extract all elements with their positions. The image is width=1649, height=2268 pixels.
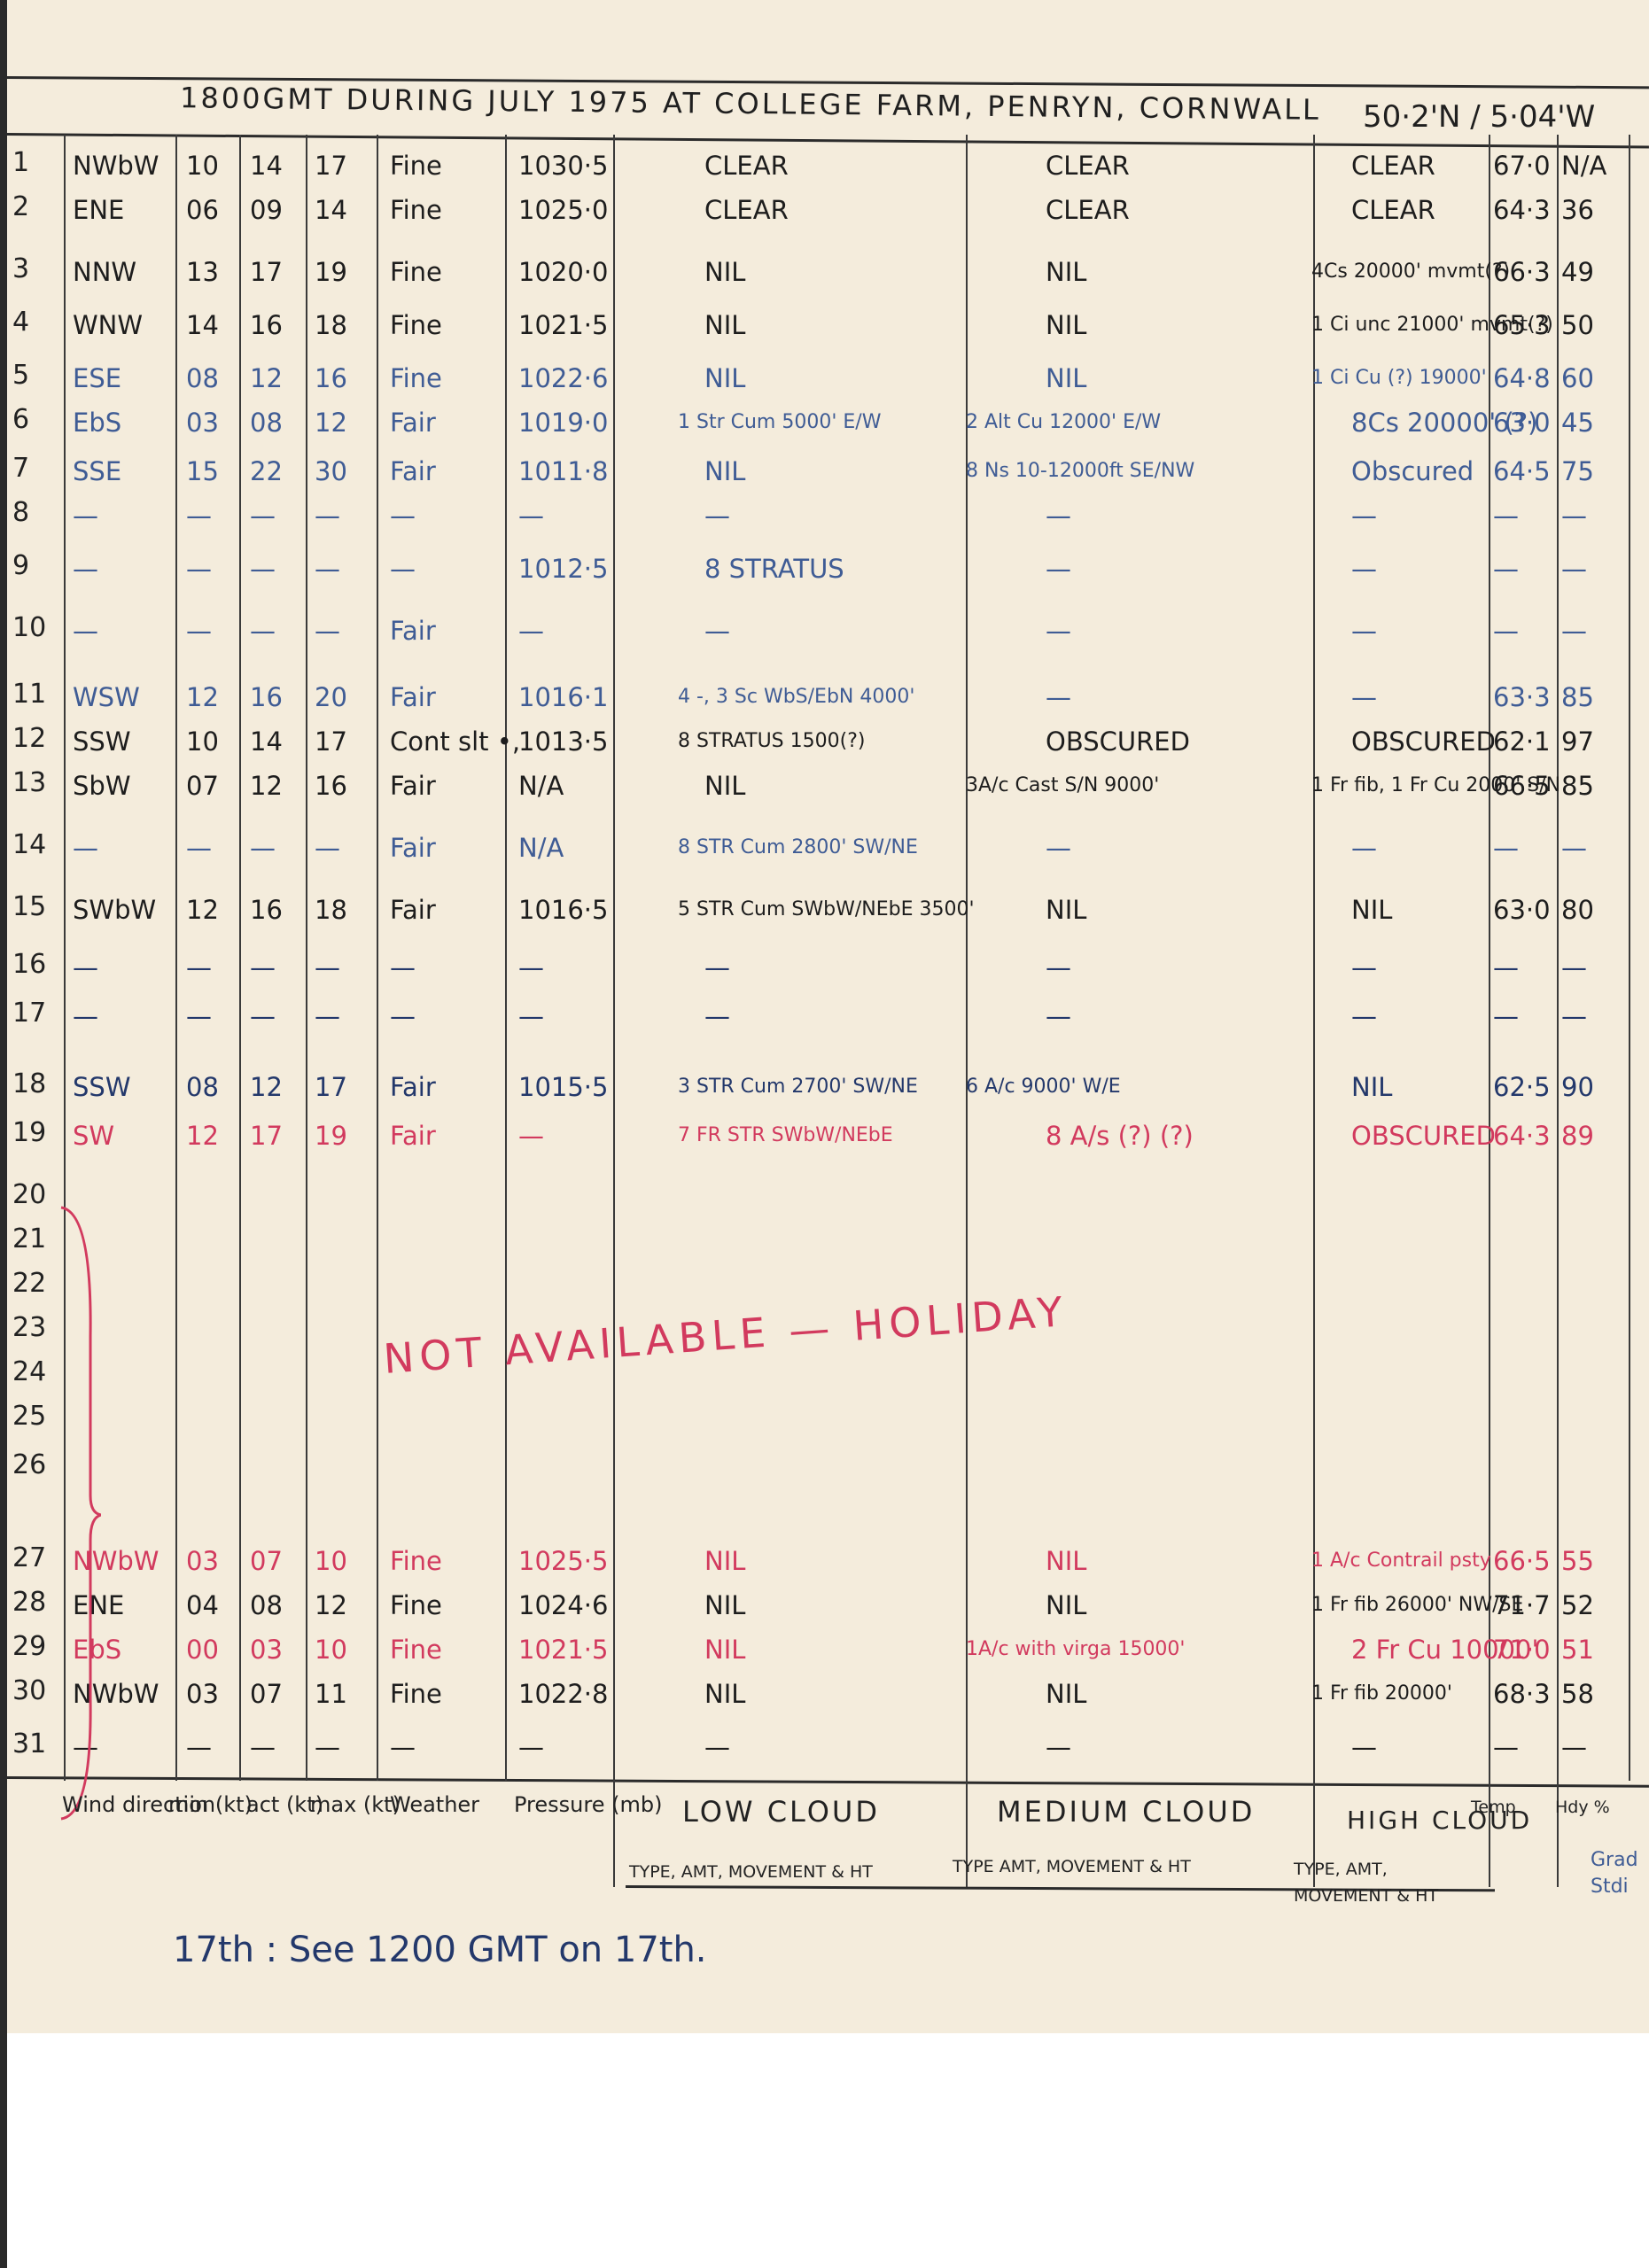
- cell-medium: —: [1046, 501, 1071, 531]
- cell-weather: Fair: [390, 1121, 436, 1151]
- cell-high: 1 Fr fib 20000': [1311, 1679, 1452, 1709]
- cell-weather: Fine: [390, 257, 442, 287]
- day-number: 18: [12, 1068, 46, 1099]
- cell-pressure: 1021·5: [518, 1635, 608, 1665]
- cell-high: Obscured: [1351, 456, 1474, 486]
- cell-high: —: [1351, 682, 1377, 712]
- day-number: 21: [12, 1223, 46, 1254]
- cell-wind: SWbW: [73, 895, 156, 925]
- cell-act: 08: [250, 408, 283, 438]
- cell-wind: SSE: [73, 456, 121, 486]
- cell-pressure: 1021·5: [518, 310, 608, 340]
- cell-hdy: N/A: [1561, 151, 1606, 181]
- cell-weather: Fine: [390, 1635, 442, 1665]
- cell-wind: SSW: [73, 1072, 131, 1102]
- day-number: 30: [12, 1675, 46, 1706]
- cell-act: 12: [250, 771, 283, 801]
- cell-max: 18: [315, 895, 347, 925]
- cell-act: 03: [250, 1635, 283, 1665]
- cell-temp: —: [1493, 833, 1519, 863]
- cell-min: 06: [186, 195, 219, 225]
- cell-max: 10: [315, 1635, 347, 1665]
- cell-medium: —: [1046, 554, 1071, 584]
- cell-temp: 66·3: [1493, 257, 1551, 287]
- cell-max: 17: [315, 726, 347, 757]
- cell-max: 17: [315, 151, 347, 181]
- cell-weather: Fine: [390, 1590, 442, 1620]
- cell-medium: 1A/c with virga 15000': [966, 1635, 1185, 1665]
- cell-pressure: 1012·5: [518, 554, 608, 584]
- cell-min: 03: [186, 1546, 219, 1576]
- day-number: 1: [12, 147, 29, 178]
- day-number: 2: [12, 191, 29, 222]
- cell-wind: —: [73, 1001, 98, 1031]
- column-rule: [1557, 135, 1559, 1781]
- cell-min: 03: [186, 408, 219, 438]
- cell-min: —: [186, 501, 212, 531]
- cell-low: NIL: [704, 1590, 745, 1620]
- cell-low: 8 STRATUS: [704, 554, 844, 584]
- day-number: 12: [12, 723, 46, 754]
- cell-weather: Fair: [390, 616, 436, 646]
- cell-act: 16: [250, 895, 283, 925]
- cell-medium: NIL: [1046, 310, 1086, 340]
- cell-low: 1 Str Cum 5000' E/W: [678, 408, 881, 438]
- cell-hdy: 55: [1561, 1546, 1594, 1576]
- cell-wind: WSW: [73, 682, 140, 712]
- cell-low: NIL: [704, 1635, 745, 1665]
- cell-max: —: [315, 833, 340, 863]
- cell-weather: —: [390, 1732, 416, 1762]
- cell-weather: Cont slt •,: [390, 726, 520, 757]
- cell-hdy: 58: [1561, 1679, 1594, 1709]
- cell-wind: SW: [73, 1121, 114, 1151]
- cell-act: 14: [250, 726, 283, 757]
- cell-max: —: [315, 952, 340, 983]
- cell-max: 12: [315, 408, 347, 438]
- cell-max: 14: [315, 195, 347, 225]
- footnote: 17th : See 1200 GMT on 17th.: [173, 1930, 707, 1970]
- cell-wind: SbW: [73, 771, 131, 801]
- cell-low: NIL: [704, 456, 745, 486]
- cell-act: —: [250, 952, 276, 983]
- day-number: 15: [12, 891, 46, 922]
- cell-wind: EbS: [73, 408, 121, 438]
- column-rule: [1489, 135, 1490, 1781]
- cell-wind: —: [73, 952, 98, 983]
- cell-act: 09: [250, 195, 283, 225]
- cell-pressure: 1022·8: [518, 1679, 608, 1709]
- day-number: 22: [12, 1268, 46, 1299]
- cell-weather: Fair: [390, 1072, 436, 1102]
- cell-min: —: [186, 616, 212, 646]
- cell-hdy: 50: [1561, 310, 1594, 340]
- cell-max: 30: [315, 456, 347, 486]
- cell-max: 16: [315, 771, 347, 801]
- cell-high: —: [1351, 833, 1377, 863]
- cell-temp: 64·8: [1493, 363, 1551, 393]
- cell-weather: Fine: [390, 1679, 442, 1709]
- cell-pressure: 1022·6: [518, 363, 608, 393]
- cell-hdy: —: [1561, 1001, 1587, 1031]
- cell-low: CLEAR: [704, 151, 789, 181]
- header-humidity: Hdy %: [1555, 1794, 1610, 1821]
- cell-medium: —: [1046, 1001, 1071, 1031]
- cell-pressure: —: [518, 501, 544, 531]
- cell-pressure: 1020·0: [518, 257, 608, 287]
- cell-pressure: 1016·5: [518, 895, 608, 925]
- cell-weather: Fine: [390, 310, 442, 340]
- cell-low: NIL: [704, 310, 745, 340]
- cell-low: 4 -, 3 Sc WbS/EbN 4000': [678, 682, 914, 712]
- cell-min: 03: [186, 1679, 219, 1709]
- cell-max: —: [315, 554, 340, 584]
- cell-max: 16: [315, 363, 347, 393]
- cell-min: 00: [186, 1635, 219, 1665]
- cell-act: —: [250, 1732, 276, 1762]
- cell-low: —: [704, 1001, 730, 1031]
- day-number: 4: [12, 307, 29, 338]
- cell-high: —: [1351, 501, 1377, 531]
- cell-min: 12: [186, 682, 219, 712]
- cell-medium: OBSCURED: [1046, 726, 1190, 757]
- header-low-cloud: LOW CLOUD: [682, 1798, 880, 1825]
- cell-act: —: [250, 501, 276, 531]
- cell-medium: —: [1046, 682, 1071, 712]
- cell-low: NIL: [704, 363, 745, 393]
- cell-low: 8 STRATUS 1500(?): [678, 726, 865, 757]
- cell-max: 20: [315, 682, 347, 712]
- cell-hdy: 52: [1561, 1590, 1594, 1620]
- cell-pressure: 1024·6: [518, 1590, 608, 1620]
- cell-temp: 63·0: [1493, 895, 1551, 925]
- cell-high: 1 A/c Contrail psty: [1311, 1546, 1491, 1576]
- cell-low: —: [704, 952, 730, 983]
- cell-hdy: 49: [1561, 257, 1594, 287]
- cell-temp: 63·3: [1493, 682, 1551, 712]
- cell-medium: NIL: [1046, 895, 1086, 925]
- cell-min: 04: [186, 1590, 219, 1620]
- cell-temp: 71·7: [1493, 1590, 1551, 1620]
- cell-high: —: [1351, 616, 1377, 646]
- cell-weather: Fine: [390, 151, 442, 181]
- cell-wind: SSW: [73, 726, 131, 757]
- cell-weather: —: [390, 554, 416, 584]
- header-weather: Weather: [390, 1791, 479, 1818]
- cell-wind: ENE: [73, 195, 124, 225]
- cell-high: OBSCURED: [1351, 1121, 1496, 1151]
- cell-hdy: 89: [1561, 1121, 1594, 1151]
- day-number: 13: [12, 767, 46, 798]
- day-number: 10: [12, 612, 46, 643]
- station-coordinates: 50·2'N / 5·04'W: [1363, 99, 1595, 135]
- column-rule: [505, 135, 507, 1781]
- header-medium-cloud-sub: TYPE AMT, MOVEMENT & HT: [953, 1853, 1191, 1880]
- cell-temp: 63·0: [1493, 408, 1551, 438]
- cell-medium: 8 A/s (?) (?): [1046, 1121, 1194, 1151]
- day-number: 27: [12, 1542, 46, 1573]
- cell-temp: 71·0: [1493, 1635, 1551, 1665]
- cell-max: 11: [315, 1679, 347, 1709]
- cell-weather: Fair: [390, 408, 436, 438]
- cell-max: —: [315, 1001, 340, 1031]
- cell-pressure: N/A: [518, 833, 564, 863]
- cell-act: —: [250, 833, 276, 863]
- cell-pressure: 1019·0: [518, 408, 608, 438]
- day-number: 25: [12, 1401, 46, 1432]
- day-number: 24: [12, 1356, 46, 1387]
- column-rule: [966, 135, 968, 1781]
- cell-pressure: 1016·1: [518, 682, 608, 712]
- cell-medium: NIL: [1046, 1679, 1086, 1709]
- cell-temp: —: [1493, 1732, 1519, 1762]
- cell-act: —: [250, 1001, 276, 1031]
- cell-temp: —: [1493, 616, 1519, 646]
- cell-wind: —: [73, 833, 98, 863]
- cell-low: NIL: [704, 1679, 745, 1709]
- cell-pressure: 1025·0: [518, 195, 608, 225]
- cell-low: CLEAR: [704, 195, 789, 225]
- cell-medium: —: [1046, 616, 1071, 646]
- day-number: 26: [12, 1449, 46, 1480]
- cell-min: 14: [186, 310, 219, 340]
- cell-temp: 64·5: [1493, 456, 1551, 486]
- cell-high: CLEAR: [1351, 195, 1435, 225]
- cell-min: 08: [186, 363, 219, 393]
- cell-wind: NNW: [73, 257, 136, 287]
- day-number: 23: [12, 1312, 46, 1343]
- cell-min: 10: [186, 151, 219, 181]
- cell-low: —: [704, 501, 730, 531]
- cell-weather: —: [390, 501, 416, 531]
- day-number: 6: [12, 404, 29, 435]
- cell-temp: 62·5: [1493, 1072, 1551, 1102]
- cell-weather: Fair: [390, 682, 436, 712]
- cell-medium: 8 Ns 10-12000ft SE/NW: [966, 456, 1194, 486]
- cell-act: 17: [250, 1121, 283, 1151]
- day-number: 5: [12, 360, 29, 391]
- cell-act: 16: [250, 310, 283, 340]
- cell-high: CLEAR: [1351, 151, 1435, 181]
- cell-medium: 6 A/c 9000' W/E: [966, 1072, 1121, 1102]
- cell-high: —: [1351, 952, 1377, 983]
- cell-pressure: —: [518, 616, 544, 646]
- cell-hdy: —: [1561, 554, 1587, 584]
- cell-wind: —: [73, 501, 98, 531]
- cell-medium: CLEAR: [1046, 151, 1130, 181]
- cell-wind: ESE: [73, 363, 121, 393]
- cell-medium: NIL: [1046, 1590, 1086, 1620]
- cell-wind: NWbW: [73, 151, 159, 181]
- cell-hdy: —: [1561, 501, 1587, 531]
- column-rule: [613, 135, 615, 1781]
- cell-weather: Fair: [390, 456, 436, 486]
- cell-max: 18: [315, 310, 347, 340]
- cell-hdy: 60: [1561, 363, 1594, 393]
- day-number: 14: [12, 829, 46, 860]
- cell-wind: —: [73, 616, 98, 646]
- cell-act: 12: [250, 363, 283, 393]
- cell-low: —: [704, 1732, 730, 1762]
- cell-weather: —: [390, 952, 416, 983]
- day-number: 19: [12, 1117, 46, 1148]
- cell-temp: —: [1493, 554, 1519, 584]
- cell-medium: NIL: [1046, 1546, 1086, 1576]
- cell-medium: —: [1046, 833, 1071, 863]
- cell-max: 19: [315, 1121, 347, 1151]
- cell-high: 1 Ci Cu (?) 19000': [1311, 363, 1487, 393]
- cell-low: NIL: [704, 771, 745, 801]
- cell-act: —: [250, 554, 276, 584]
- holiday-brace: [57, 1203, 101, 1823]
- cell-temp: 68·3: [1493, 1679, 1551, 1709]
- header-pressure: Pressure (mb): [514, 1791, 662, 1818]
- column-rule: [377, 135, 378, 1781]
- day-number: 11: [12, 679, 46, 710]
- cell-act: 07: [250, 1546, 283, 1576]
- cell-low: NIL: [704, 1546, 745, 1576]
- cell-pressure: 1025·5: [518, 1546, 608, 1576]
- cell-min: 12: [186, 1121, 219, 1151]
- cell-medium: NIL: [1046, 257, 1086, 287]
- cell-weather: Fine: [390, 1546, 442, 1576]
- cell-temp: 62·1: [1493, 726, 1551, 757]
- cell-medium: 3A/c Cast S/N 9000': [966, 771, 1159, 801]
- cell-min: —: [186, 1732, 212, 1762]
- cell-temp: —: [1493, 501, 1519, 531]
- cell-pressure: —: [518, 1732, 544, 1762]
- cell-min: 15: [186, 456, 219, 486]
- cell-pressure: —: [518, 952, 544, 983]
- cell-high: —: [1351, 1732, 1377, 1762]
- cell-pressure: 1015·5: [518, 1072, 608, 1102]
- cell-temp: 66·5: [1493, 1546, 1551, 1576]
- cell-act: 14: [250, 151, 283, 181]
- cell-hdy: —: [1561, 833, 1587, 863]
- header-medium-cloud: MEDIUM CLOUD: [997, 1798, 1255, 1825]
- cell-pressure: 1013·5: [518, 726, 608, 757]
- cell-max: —: [315, 1732, 340, 1762]
- cell-hdy: —: [1561, 616, 1587, 646]
- cell-min: 12: [186, 895, 219, 925]
- cell-act: —: [250, 616, 276, 646]
- cell-hdy: 85: [1561, 682, 1594, 712]
- cell-weather: Fair: [390, 895, 436, 925]
- day-number: 16: [12, 949, 46, 980]
- cell-min: —: [186, 952, 212, 983]
- day-number: 29: [12, 1631, 46, 1662]
- column-rule: [239, 135, 241, 1781]
- cell-temp: 66·5: [1493, 771, 1551, 801]
- cell-medium: —: [1046, 952, 1071, 983]
- cell-hdy: 97: [1561, 726, 1594, 757]
- cell-weather: —: [390, 1001, 416, 1031]
- cell-weather: Fair: [390, 771, 436, 801]
- cell-temp: 65·3: [1493, 310, 1551, 340]
- day-number: 31: [12, 1728, 46, 1759]
- cell-pressure: 1011·8: [518, 456, 608, 486]
- header-low-cloud-sub: TYPE, AMT, MOVEMENT & HT: [629, 1859, 873, 1885]
- column-rule: [306, 135, 307, 1781]
- cell-weather: Fair: [390, 833, 436, 863]
- cell-high: —: [1351, 1001, 1377, 1031]
- cell-min: —: [186, 833, 212, 863]
- cell-high: NIL: [1351, 895, 1392, 925]
- day-number: 3: [12, 253, 29, 284]
- cell-max: 12: [315, 1590, 347, 1620]
- cell-high: —: [1351, 554, 1377, 584]
- side-note: Grad Stdi: [1591, 1847, 1649, 1900]
- cell-max: 17: [315, 1072, 347, 1102]
- cell-low: 7 FR STR SWbW/NEbE: [678, 1121, 893, 1151]
- cell-high: 4Cs 20000' mvmt(?): [1311, 257, 1510, 287]
- cell-min: —: [186, 1001, 212, 1031]
- header-high-cloud-sub: TYPE, AMT, MOVEMENT & HT: [1294, 1856, 1471, 1909]
- scan-edge: [0, 0, 7, 2268]
- cell-min: 10: [186, 726, 219, 757]
- cell-hdy: —: [1561, 952, 1587, 983]
- cell-temp: —: [1493, 952, 1519, 983]
- cell-medium: CLEAR: [1046, 195, 1130, 225]
- cell-hdy: 85: [1561, 771, 1594, 801]
- header-min: min (kt): [168, 1791, 253, 1818]
- cell-act: 16: [250, 682, 283, 712]
- cell-temp: 64·3: [1493, 195, 1551, 225]
- cell-min: 07: [186, 771, 219, 801]
- column-rule: [1629, 135, 1630, 1781]
- cell-low: —: [704, 616, 730, 646]
- cell-act: 22: [250, 456, 283, 486]
- cell-wind: —: [73, 554, 98, 584]
- cell-low: 8 STR Cum 2800' SW/NE: [678, 833, 918, 863]
- header-max: max (kt): [310, 1791, 401, 1818]
- cell-temp: 64·3: [1493, 1121, 1551, 1151]
- cell-medium: NIL: [1046, 363, 1086, 393]
- header-temp: Temp: [1471, 1794, 1516, 1821]
- cell-max: —: [315, 501, 340, 531]
- cell-hdy: 45: [1561, 408, 1594, 438]
- cell-hdy: 36: [1561, 195, 1594, 225]
- cell-act: 12: [250, 1072, 283, 1102]
- cell-high: OBSCURED: [1351, 726, 1496, 757]
- cell-hdy: 75: [1561, 456, 1594, 486]
- cell-act: 17: [250, 257, 283, 287]
- cell-hdy: 80: [1561, 895, 1594, 925]
- cell-low: 3 STR Cum 2700' SW/NE: [678, 1072, 918, 1102]
- cell-min: —: [186, 554, 212, 584]
- cell-hdy: —: [1561, 1732, 1587, 1762]
- cell-act: 08: [250, 1590, 283, 1620]
- cell-low: NIL: [704, 257, 745, 287]
- cell-weather: Fine: [390, 195, 442, 225]
- cell-high: NIL: [1351, 1072, 1392, 1102]
- cell-pressure: N/A: [518, 771, 564, 801]
- cell-medium: —: [1046, 1732, 1071, 1762]
- cell-act: 07: [250, 1679, 283, 1709]
- day-number: 8: [12, 497, 29, 528]
- day-number: 20: [12, 1179, 46, 1210]
- day-number: 28: [12, 1587, 46, 1618]
- cell-max: 10: [315, 1546, 347, 1576]
- day-number: 7: [12, 453, 29, 484]
- column-rule: [175, 135, 177, 1781]
- cell-temp: —: [1493, 1001, 1519, 1031]
- cell-hdy: 90: [1561, 1072, 1594, 1102]
- cell-min: 13: [186, 257, 219, 287]
- day-number: 17: [12, 998, 46, 1029]
- cell-temp: 67·0: [1493, 151, 1551, 181]
- cell-pressure: —: [518, 1121, 544, 1151]
